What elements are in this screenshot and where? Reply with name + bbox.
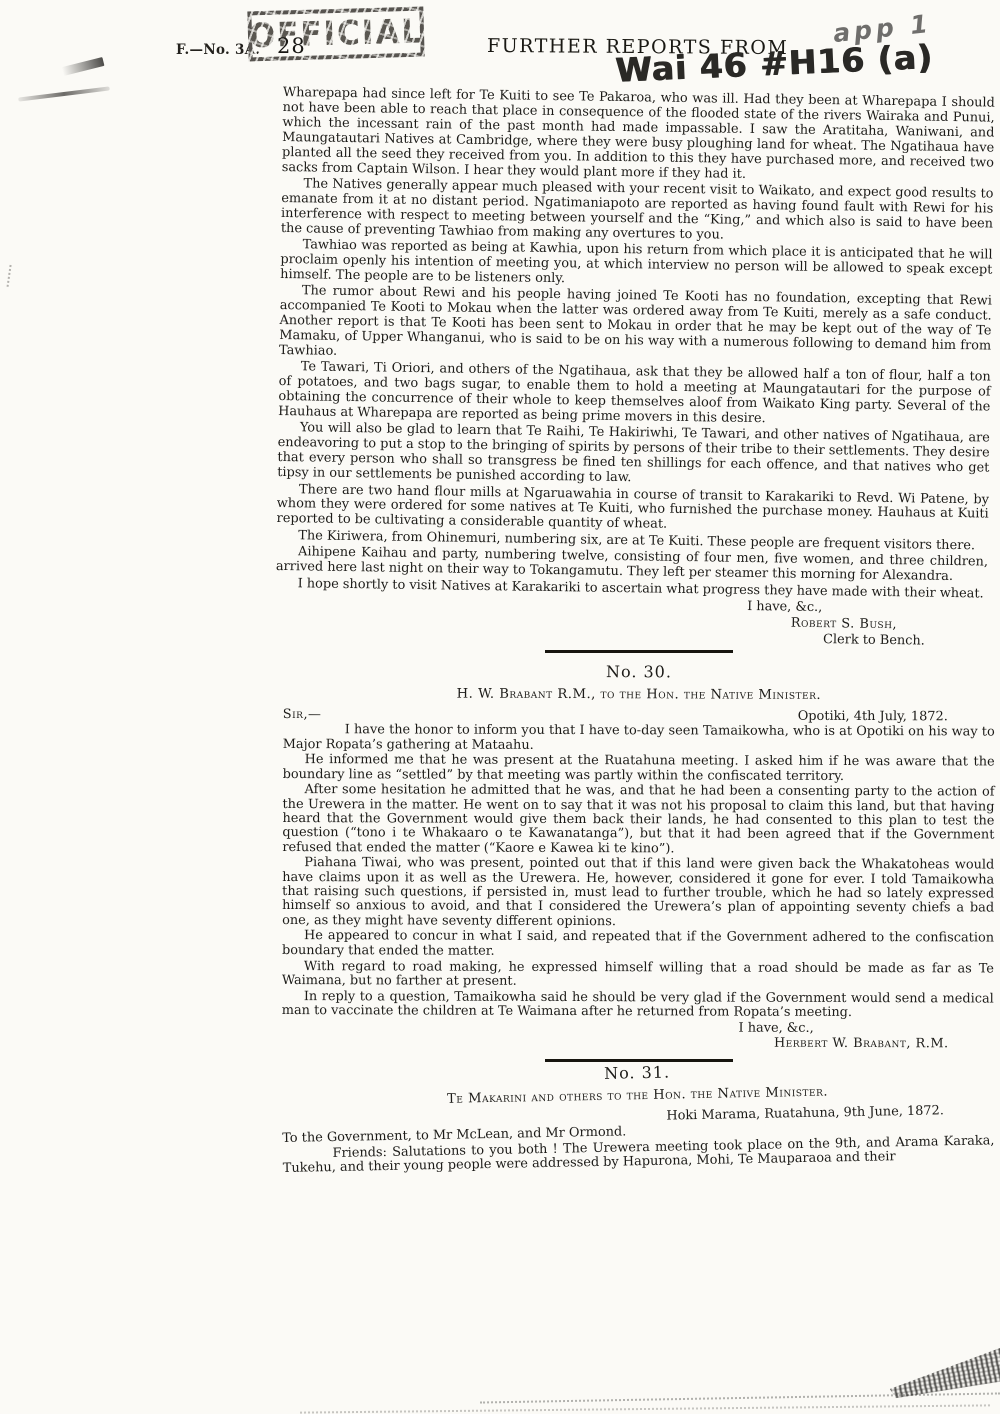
letter-paragraph: I have the honor to inform you that I ha… [283,723,995,754]
letter-paragraph: With regard to road making, he expressed… [282,959,994,990]
section-heading: H. W. Brabant R.M., to the Hon. the Nati… [283,686,995,704]
letter-closing: I have, &c., [282,1019,994,1036]
official-stamp: OFFICIAL [247,7,424,62]
section-divider-rule [545,650,733,653]
letter-paragraph: Wharepapa had since left for Te Kuiti to… [282,86,995,186]
page-number: 28 [277,34,306,58]
letter-paragraph: Piahana Tiwai, who was present, pointed … [282,856,994,930]
letter-paragraph: In reply to a question, Tamaikowha said … [282,989,994,1020]
letter-paragraph: The rumor about Rewi and his people havi… [279,284,992,369]
letter-paragraph: You will also be glad to learn that Te R… [277,421,990,491]
official-stamp-text: OFFICIAL [248,12,423,56]
ink-smudge [62,57,105,76]
letter-no-30: No. 30. H. W. Brabant R.M., to the Hon. … [282,661,995,1052]
letter-paragraph: The Natives generally appear much please… [281,177,994,247]
letter-paragraph: Te Tawari, Ti Oriori, and others of the … [278,360,991,430]
section-number: No. 30. [283,661,995,683]
letter-paragraph: After some hesitation he admitted that h… [282,783,994,857]
dateline: Opotiki, 4th July, 1872. [798,709,948,724]
scan-noise-smudge [886,1347,1000,1399]
ink-smudge [18,86,110,101]
letter-paragraph: He informed me that he was present at th… [283,753,995,784]
letter-bush: Wharepapa had since left for Te Kuiti to… [275,86,995,650]
text-column: Wharepapa had since left for Te Kuiti to… [283,86,995,1178]
letter-signature: Herbert W. Brabant, R.M. [282,1035,994,1052]
scan-speckle-row [300,1404,990,1413]
pencil-smudge [7,265,28,289]
scan-speckle-row [480,1392,1000,1403]
salutation: Sir,— [283,708,322,722]
scanned-document-page: F.—No. 3A. OFFICIAL 28 FURTHER REPORTS F… [0,0,1000,1414]
letter-paragraph: He appeared to concur in what I said, an… [282,929,994,960]
letter-no-31: No. 31. Te Makarini and others to the Ho… [281,1056,995,1176]
